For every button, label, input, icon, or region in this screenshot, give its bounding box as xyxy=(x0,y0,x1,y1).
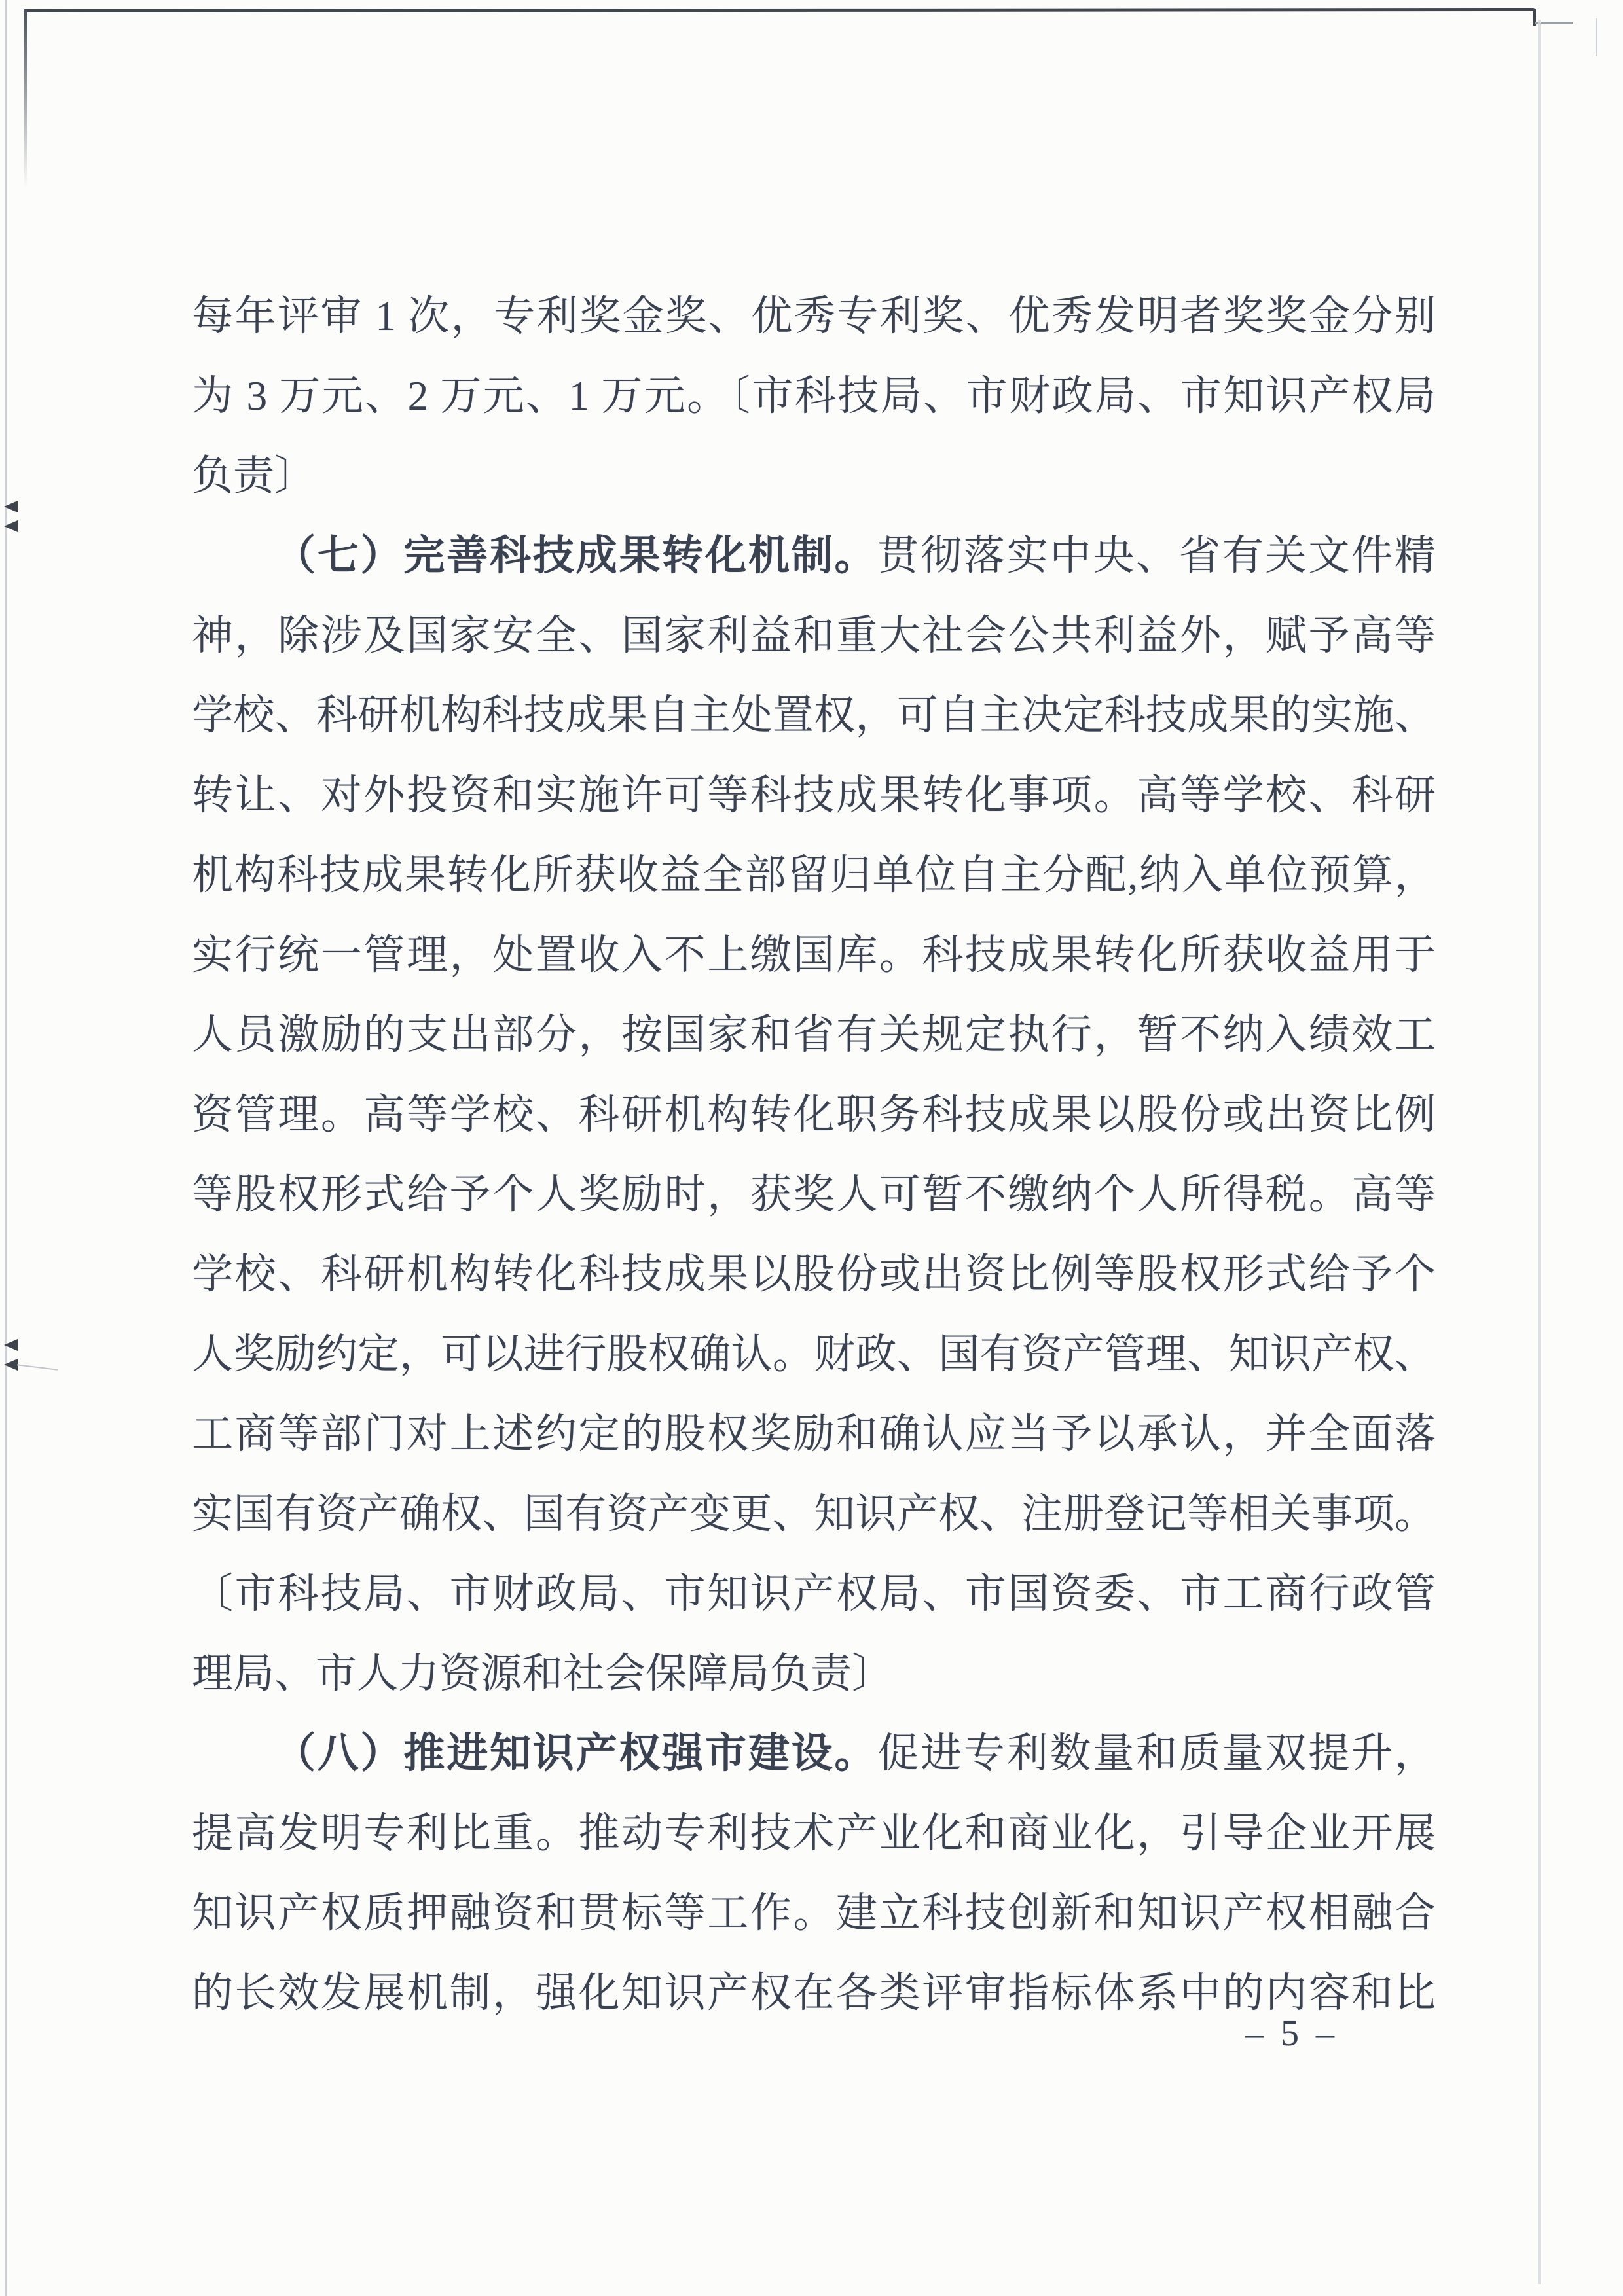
text-line: 资管理。高等学校、科研机构转化职务科技成果以股份或出资比例 xyxy=(192,1075,1436,1155)
line-text: 等股权形式给予个人奖励时，获奖人可暂不缴纳个人所得税。高等 xyxy=(192,1172,1436,1217)
line-text: 学校、科研机构转化科技成果以股份或出资比例等股权形式给予个 xyxy=(192,1251,1436,1297)
text-line: 知识产权质押融资和贯标等工作。建立科技创新和知识产权相融合 xyxy=(192,1873,1436,1953)
text-line: 理局、市人力资源和社会保障局负责〕 xyxy=(192,1634,1436,1713)
line-text: 人奖励约定，可以进行股权确认。财政、国有资产管理、知识产权、 xyxy=(192,1331,1436,1377)
line-text: 实行统一管理，处置收入不上缴国库。科技成果转化所获收益用于 xyxy=(192,932,1436,978)
staple-mark-icon xyxy=(4,501,18,512)
line-text: 的长效发展机制，强化知识产权在各类评审指标体系中的内容和比 xyxy=(192,1970,1436,2016)
text-line: 提高发明专利比重。推动专利技术产业化和商业化，引导企业开展 xyxy=(192,1793,1436,1873)
line-text: 机构科技成果转化所获收益全部留归单位自主分配,纳入单位预算， xyxy=(192,852,1436,898)
scanned-page: 每年评审 1 次，专利奖金奖、优秀专利奖、优秀发明者奖奖金分别为 3 万元、2 … xyxy=(0,0,1623,2296)
line-text: 贯彻落实中央、省有关文件精 xyxy=(877,533,1436,579)
line-text: 每年评审 1 次，专利奖金奖、优秀专利奖、优秀发明者奖奖金分别 xyxy=(192,293,1436,339)
text-line: 人奖励约定，可以进行股权确认。财政、国有资产管理、知识产权、 xyxy=(192,1314,1436,1394)
line-text: 促进专利数量和质量双提升， xyxy=(877,1731,1436,1776)
text-line: 学校、科研机构科技成果自主处置权，可自主决定科技成果的实施、 xyxy=(192,675,1436,755)
line-text: 转让、对外投资和实施许可等科技成果转化事项。高等学校、科研 xyxy=(192,772,1436,818)
line-text: 理局、市人力资源和社会保障局负责〕 xyxy=(192,1651,893,1696)
scan-left-edge-line xyxy=(24,10,27,188)
paragraph-heading: （七）完善科技成果转化机制。 xyxy=(274,533,877,579)
staple-mark-icon xyxy=(4,1339,18,1351)
line-text: 知识产权质押融资和贯标等工作。建立科技创新和知识产权相融合 xyxy=(192,1890,1436,1936)
text-line: 机构科技成果转化所获收益全部留归单位自主分配,纳入单位预算， xyxy=(192,835,1436,915)
line-text: 提高发明专利比重。推动专利技术产业化和商业化，引导企业开展 xyxy=(192,1810,1436,1856)
line-text: 人员激励的支出部分，按国家和省有关规定执行，暂不纳入绩效工 xyxy=(192,1012,1436,1058)
text-line: 学校、科研机构转化科技成果以股份或出资比例等股权形式给予个 xyxy=(192,1234,1436,1314)
text-line: （七）完善科技成果转化机制。贯彻落实中央、省有关文件精 xyxy=(192,516,1436,596)
line-text: 实国有资产确权、国有资产变更、知识产权、注册登记等相关事项。 xyxy=(192,1491,1436,1537)
text-line: 工商等部门对上述约定的股权奖励和确认应当予以承认，并全面落 xyxy=(192,1394,1436,1474)
line-text: 神，除涉及国家安全、国家利益和重大社会公共利益外，赋予高等 xyxy=(192,613,1436,658)
text-line: 人员激励的支出部分，按国家和省有关规定执行，暂不纳入绩效工 xyxy=(192,995,1436,1075)
line-text: 〔市科技局、市财政局、市知识产权局、市国资委、市工商行政管 xyxy=(192,1571,1436,1617)
scan-top-edge-line xyxy=(24,8,1535,12)
line-text: 为 3 万元、2 万元、1 万元。〔市科技局、市财政局、市知识产权局 xyxy=(192,373,1436,419)
line-text: 负责〕 xyxy=(192,453,316,499)
text-line: 负责〕 xyxy=(192,436,1436,516)
text-line: 神，除涉及国家安全、国家利益和重大社会公共利益外，赋予高等 xyxy=(192,596,1436,675)
staple-mark-tail xyxy=(17,1364,58,1371)
staple-mark-icon xyxy=(4,1359,18,1371)
line-text: 工商等部门对上述约定的股权奖励和确认应当予以承认，并全面落 xyxy=(192,1411,1436,1457)
text-line: 实行统一管理，处置收入不上缴国库。科技成果转化所获收益用于 xyxy=(192,915,1436,995)
scan-corner-mark xyxy=(1596,18,1597,56)
text-line: 〔市科技局、市财政局、市知识产权局、市国资委、市工商行政管 xyxy=(192,1554,1436,1634)
page-number: – 5 – xyxy=(1230,2011,1354,2056)
text-line: 等股权形式给予个人奖励时，获奖人可暂不缴纳个人所得税。高等 xyxy=(192,1155,1436,1234)
paragraph-heading: （八）推进知识产权强市建设。 xyxy=(274,1731,877,1776)
line-text: 学校、科研机构科技成果自主处置权，可自主决定科技成果的实施、 xyxy=(192,692,1436,738)
document-body: 每年评审 1 次，专利奖金奖、优秀专利奖、优秀发明者奖奖金分别为 3 万元、2 … xyxy=(192,276,1436,2033)
scan-right-edge-line xyxy=(1538,20,1541,2284)
scan-left-faint-line xyxy=(5,0,7,2296)
text-line: 实国有资产确权、国有资产变更、知识产权、注册登记等相关事项。 xyxy=(192,1474,1436,1554)
text-line: 转让、对外投资和实施许可等科技成果转化事项。高等学校、科研 xyxy=(192,755,1436,835)
text-line: （八）推进知识产权强市建设。促进专利数量和质量双提升， xyxy=(192,1713,1436,1793)
line-text: 资管理。高等学校、科研机构转化职务科技成果以股份或出资比例 xyxy=(192,1092,1436,1138)
staple-mark-icon xyxy=(4,520,18,532)
text-line: 为 3 万元、2 万元、1 万元。〔市科技局、市财政局、市知识产权局 xyxy=(192,356,1436,436)
text-line: 每年评审 1 次，专利奖金奖、优秀专利奖、优秀发明者奖奖金分别 xyxy=(192,276,1436,356)
